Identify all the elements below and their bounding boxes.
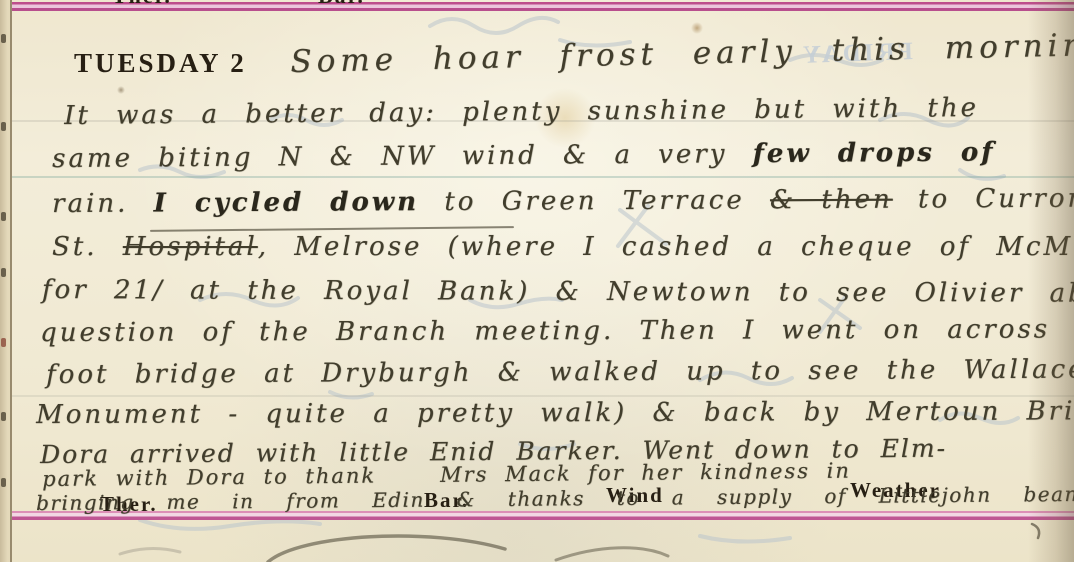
faint-rule-line: [10, 176, 1074, 178]
page-curve-shadow: [1028, 0, 1074, 562]
day-heading: TUESDAY 2: [74, 48, 247, 79]
page-edge-mark: [1, 478, 6, 487]
entry-line: for 21/ at the Royal Bank) & Newtown to …: [42, 275, 1074, 309]
entry-line: question of the Branch meeting. Then I w…: [40, 314, 1074, 348]
diary-page-scan: FRIDAY Ther. Bar. TUESDAY 2 Some hoar fr…: [0, 0, 1074, 562]
entry-line: St. Hospital, Melrose (where I cashed a …: [52, 232, 1074, 262]
entry-line: foot bridge at Dryburgh & walked up to s…: [46, 355, 1074, 390]
top-partial-ther-label: Ther.: [112, 0, 172, 9]
page-edge-mark: [1, 338, 6, 347]
entry-line: Some hoar frost early this morning: [290, 27, 1074, 80]
top-partial-bar-label: Bar.: [318, 0, 365, 9]
page-edge-mark: [1, 122, 6, 131]
page-edge-mark: [1, 34, 6, 43]
entry-line: Monument - quite a pretty walk) & back b…: [36, 396, 1074, 430]
entry-line: It was a better day: plenty sunshine but…: [64, 93, 979, 131]
page-edge-mark: [1, 412, 6, 421]
page-edge: [0, 0, 12, 562]
entry-line: same biting N & NW wind & a very few dro…: [52, 137, 996, 174]
page-edge-mark: [1, 212, 6, 221]
entry-line: rain. I cycled down to Green Terrace & t…: [52, 184, 1074, 219]
page-edge-mark: [1, 268, 6, 277]
